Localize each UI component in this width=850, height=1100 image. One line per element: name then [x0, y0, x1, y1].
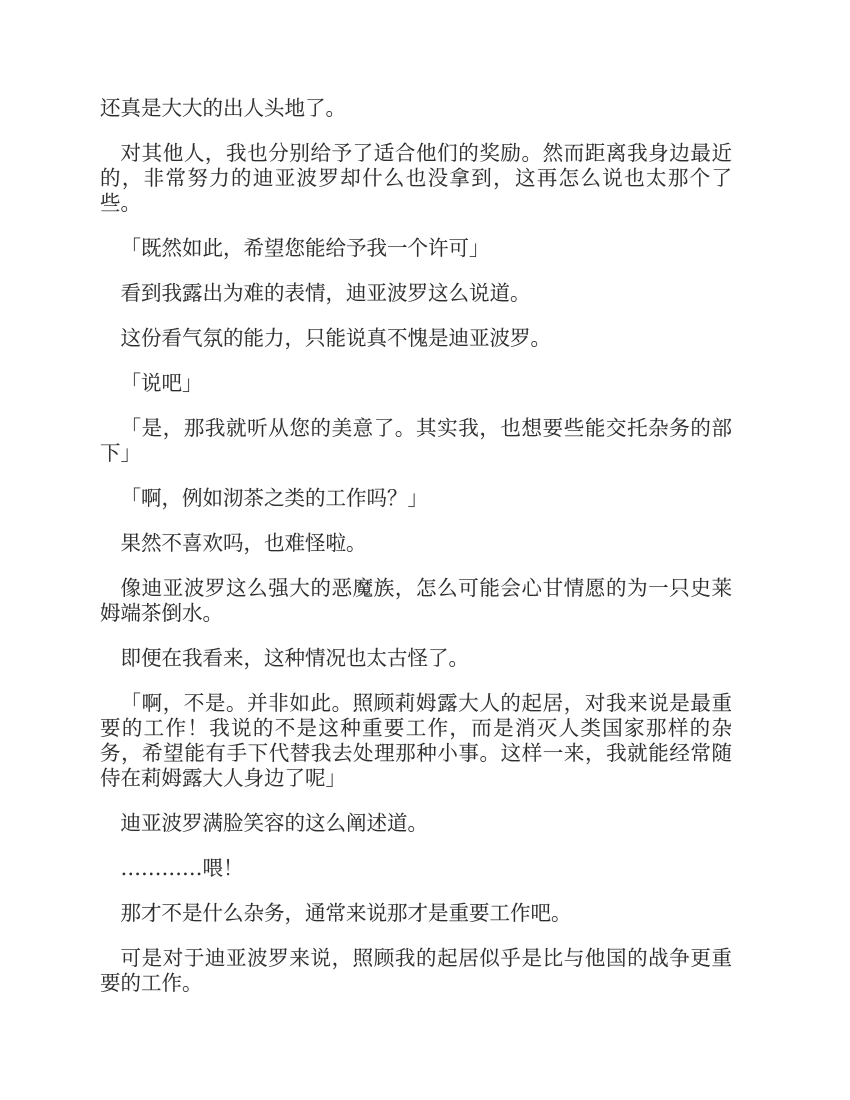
paragraph: 果然不喜欢吗，也难怪啦。: [100, 531, 732, 556]
paragraph: 可是对于迪亚波罗来说，照顾我的起居似乎是比与他国的战争更重要的工作。: [100, 946, 732, 996]
novel-page: 还真是大大的出人头地了。 对其他人，我也分别给予了适合他们的奖励。然而距离我身边…: [0, 0, 850, 1100]
paragraph-dialogue: 「啊，例如沏茶之类的工作吗？」: [100, 486, 732, 511]
paragraph: 那才不是什么杂务，通常来说那才是重要工作吧。: [100, 901, 732, 926]
paragraph: 看到我露出为难的表情，迪亚波罗这么说道。: [100, 281, 732, 306]
paragraph: 即便在我看来，这种情况也太古怪了。: [100, 646, 732, 671]
paragraph: 这份看气氛的能力，只能说真不愧是迪亚波罗。: [100, 326, 732, 351]
paragraph-dialogue: 「说吧」: [100, 371, 732, 396]
paragraph: …………喂！: [100, 856, 732, 881]
paragraph: 迪亚波罗满脸笑容的这么阐述道。: [100, 811, 732, 836]
paragraph: 对其他人，我也分别给予了适合他们的奖励。然而距离我身边最近的，非常努力的迪亚波罗…: [100, 141, 732, 216]
paragraph-dialogue: 「是，那我就听从您的美意了。其实我，也想要些能交托杂务的部下」: [100, 416, 732, 466]
paragraph-dialogue: 「啊，不是。并非如此。照顾莉姆露大人的起居，对我来说是最重要的工作！我说的不是这…: [100, 691, 732, 791]
paragraph: 还真是大大的出人头地了。: [100, 96, 732, 121]
paragraph: 像迪亚波罗这么强大的恶魔族，怎么可能会心甘情愿的为一只史莱姆端茶倒水。: [100, 576, 732, 626]
reader-text-area: 还真是大大的出人头地了。 对其他人，我也分别给予了适合他们的奖励。然而距离我身边…: [100, 96, 732, 1016]
paragraph-dialogue: 「既然如此，希望您能给予我一个许可」: [100, 236, 732, 261]
